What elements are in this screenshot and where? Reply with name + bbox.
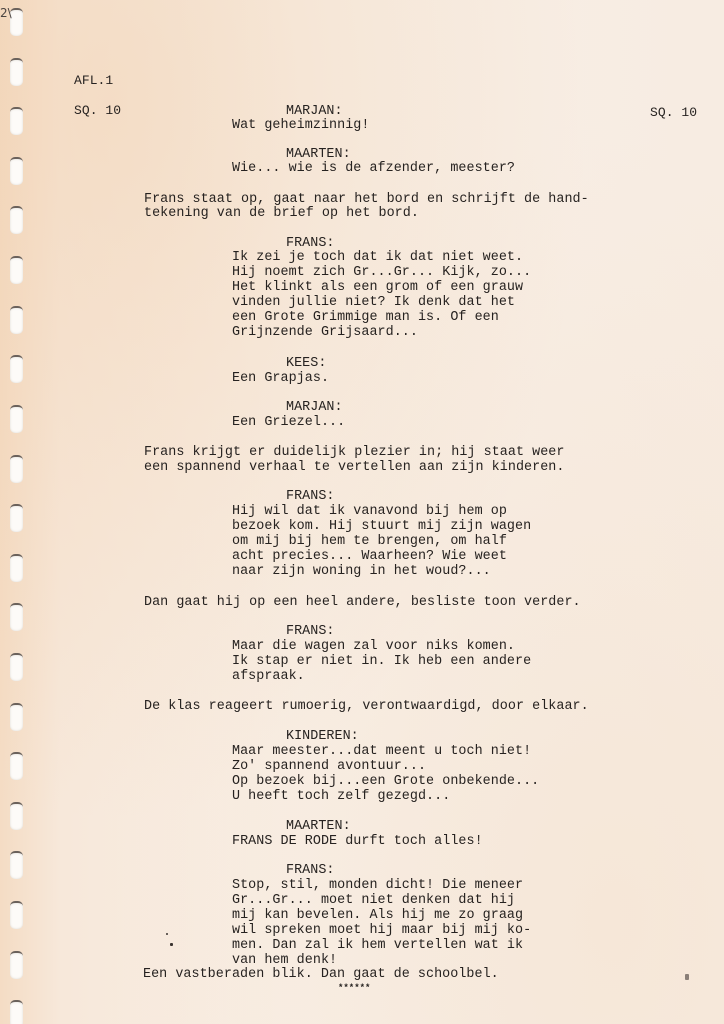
dialogue-line: Een Grapjas.: [232, 372, 329, 386]
dialogue-line: Ik zei je toch dat ik dat niet weet.: [232, 251, 523, 265]
stage-direction: Een vastberaden blik. Dan gaat de school…: [143, 968, 499, 982]
punch-hole: [10, 504, 23, 532]
dialogue-line: Grijnzende Grijsaard...: [232, 326, 418, 340]
dialogue-line: Stop, stil, monden dicht! Die meneer: [232, 879, 523, 893]
dialogue-line: Gr...Gr... moet niet denken dat hij: [232, 894, 515, 908]
dialogue-line: Een Griezel...: [232, 416, 345, 430]
punch-hole: [10, 802, 23, 830]
punch-hole: [10, 256, 23, 284]
dialogue-line: U heeft toch zelf gezegd...: [232, 790, 450, 804]
dialogue-line: Het klinkt als een grom of een grauw: [232, 281, 523, 295]
speaker-name: KINDEREN:: [286, 730, 359, 744]
dialogue-line: vinden jullie niet? Ik denk dat het: [232, 296, 515, 310]
stage-direction: De klas reageert rumoerig, verontwaardig…: [144, 700, 589, 714]
paper-blemish: [685, 974, 689, 980]
handwritten-page-number: 2\: [0, 6, 12, 20]
punch-hole: [10, 355, 23, 383]
punch-hole: [10, 1000, 23, 1024]
dialogue-line: men. Dan zal ik hem vertellen wat ik: [232, 939, 523, 953]
speaker-name: KEES:: [286, 357, 326, 371]
punch-hole: [10, 58, 23, 86]
speaker-name: MAARTEN:: [286, 148, 351, 162]
punch-hole: [10, 306, 23, 334]
scene-number-right: SQ. 10: [650, 106, 697, 120]
stage-direction: Frans staat op, gaat naar het bord en sc…: [144, 193, 589, 207]
speaker-name: FRANS:: [286, 490, 335, 504]
dialogue-line: een Grote Grimmige man is. Of een: [232, 311, 499, 325]
punch-hole: [10, 603, 23, 631]
ink-speck: [170, 943, 173, 946]
speaker-name: MARJAN:: [286, 401, 343, 415]
dialogue-line: mij kan bevelen. Als hij me zo graag: [232, 909, 523, 923]
dialogue-line: Maar meester...dat meent u toch niet!: [232, 745, 531, 759]
dialogue-line: wil spreken moet hij maar bij mij ko-: [232, 924, 531, 938]
dialogue-line: Zo' spannend avontuur...: [232, 760, 426, 774]
dialogue-line: Wat geheimzinnig!: [232, 119, 369, 133]
punch-hole: [10, 851, 23, 879]
dialogue-line: Ik stap er niet in. Ik heb een andere: [232, 655, 531, 669]
ink-speck: [166, 933, 168, 935]
speaker-name: FRANS:: [286, 625, 335, 639]
punch-hole: [10, 206, 23, 234]
punch-hole: [10, 157, 23, 185]
speaker-name: MAARTEN:: [286, 820, 351, 834]
punch-hole: [10, 703, 23, 731]
end-of-scene-mark: ******: [338, 983, 370, 993]
dialogue-line: van hem denk!: [232, 954, 337, 968]
punch-hole: [10, 951, 23, 979]
punch-hole: [10, 455, 23, 483]
episode-label: AFL.1: [74, 74, 113, 88]
dialogue-line: Op bezoek bij...een Grote onbekende...: [232, 775, 539, 789]
dialogue-line: acht precies... Waarheen? Wie weet: [232, 550, 507, 564]
punch-hole: [10, 901, 23, 929]
punch-hole: [10, 653, 23, 681]
dialogue-line: naar zijn woning in het woud?...: [232, 565, 491, 579]
punch-hole: [10, 554, 23, 582]
stage-direction: een spannend verhaal te vertellen aan zi…: [144, 461, 564, 475]
speaker-name: FRANS:: [286, 237, 335, 251]
dialogue-line: Hij wil dat ik vanavond bij hem op: [232, 505, 507, 519]
stage-direction: tekening van de brief op het bord.: [144, 207, 419, 221]
dialogue-line: afspraak.: [232, 670, 305, 684]
punch-hole: [10, 752, 23, 780]
stage-direction: Dan gaat hij op een heel andere, beslist…: [144, 596, 581, 610]
dialogue-line: Wie... wie is de afzender, meester?: [232, 162, 515, 176]
stage-direction: Frans krijgt er duidelijk plezier in; hi…: [144, 446, 564, 460]
typewritten-script-page: 2\ AFL.1 SQ. 10 SQ. 10 MARJAN: Wat gehei…: [0, 0, 724, 1024]
speaker-name: FRANS:: [286, 864, 335, 878]
dialogue-line: Maar die wagen zal voor niks komen.: [232, 640, 515, 654]
punch-hole: [10, 405, 23, 433]
scene-number-left: SQ. 10: [74, 104, 121, 118]
speaker-name: MARJAN:: [286, 105, 343, 119]
dialogue-line: om mij bij hem te brengen, om half: [232, 535, 507, 549]
dialogue-line: Hij noemt zich Gr...Gr... Kijk, zo...: [232, 266, 531, 280]
punch-hole: [10, 107, 23, 135]
dialogue-line: bezoek kom. Hij stuurt mij zijn wagen: [232, 520, 531, 534]
dialogue-line: FRANS DE RODE durft toch alles!: [232, 835, 483, 849]
